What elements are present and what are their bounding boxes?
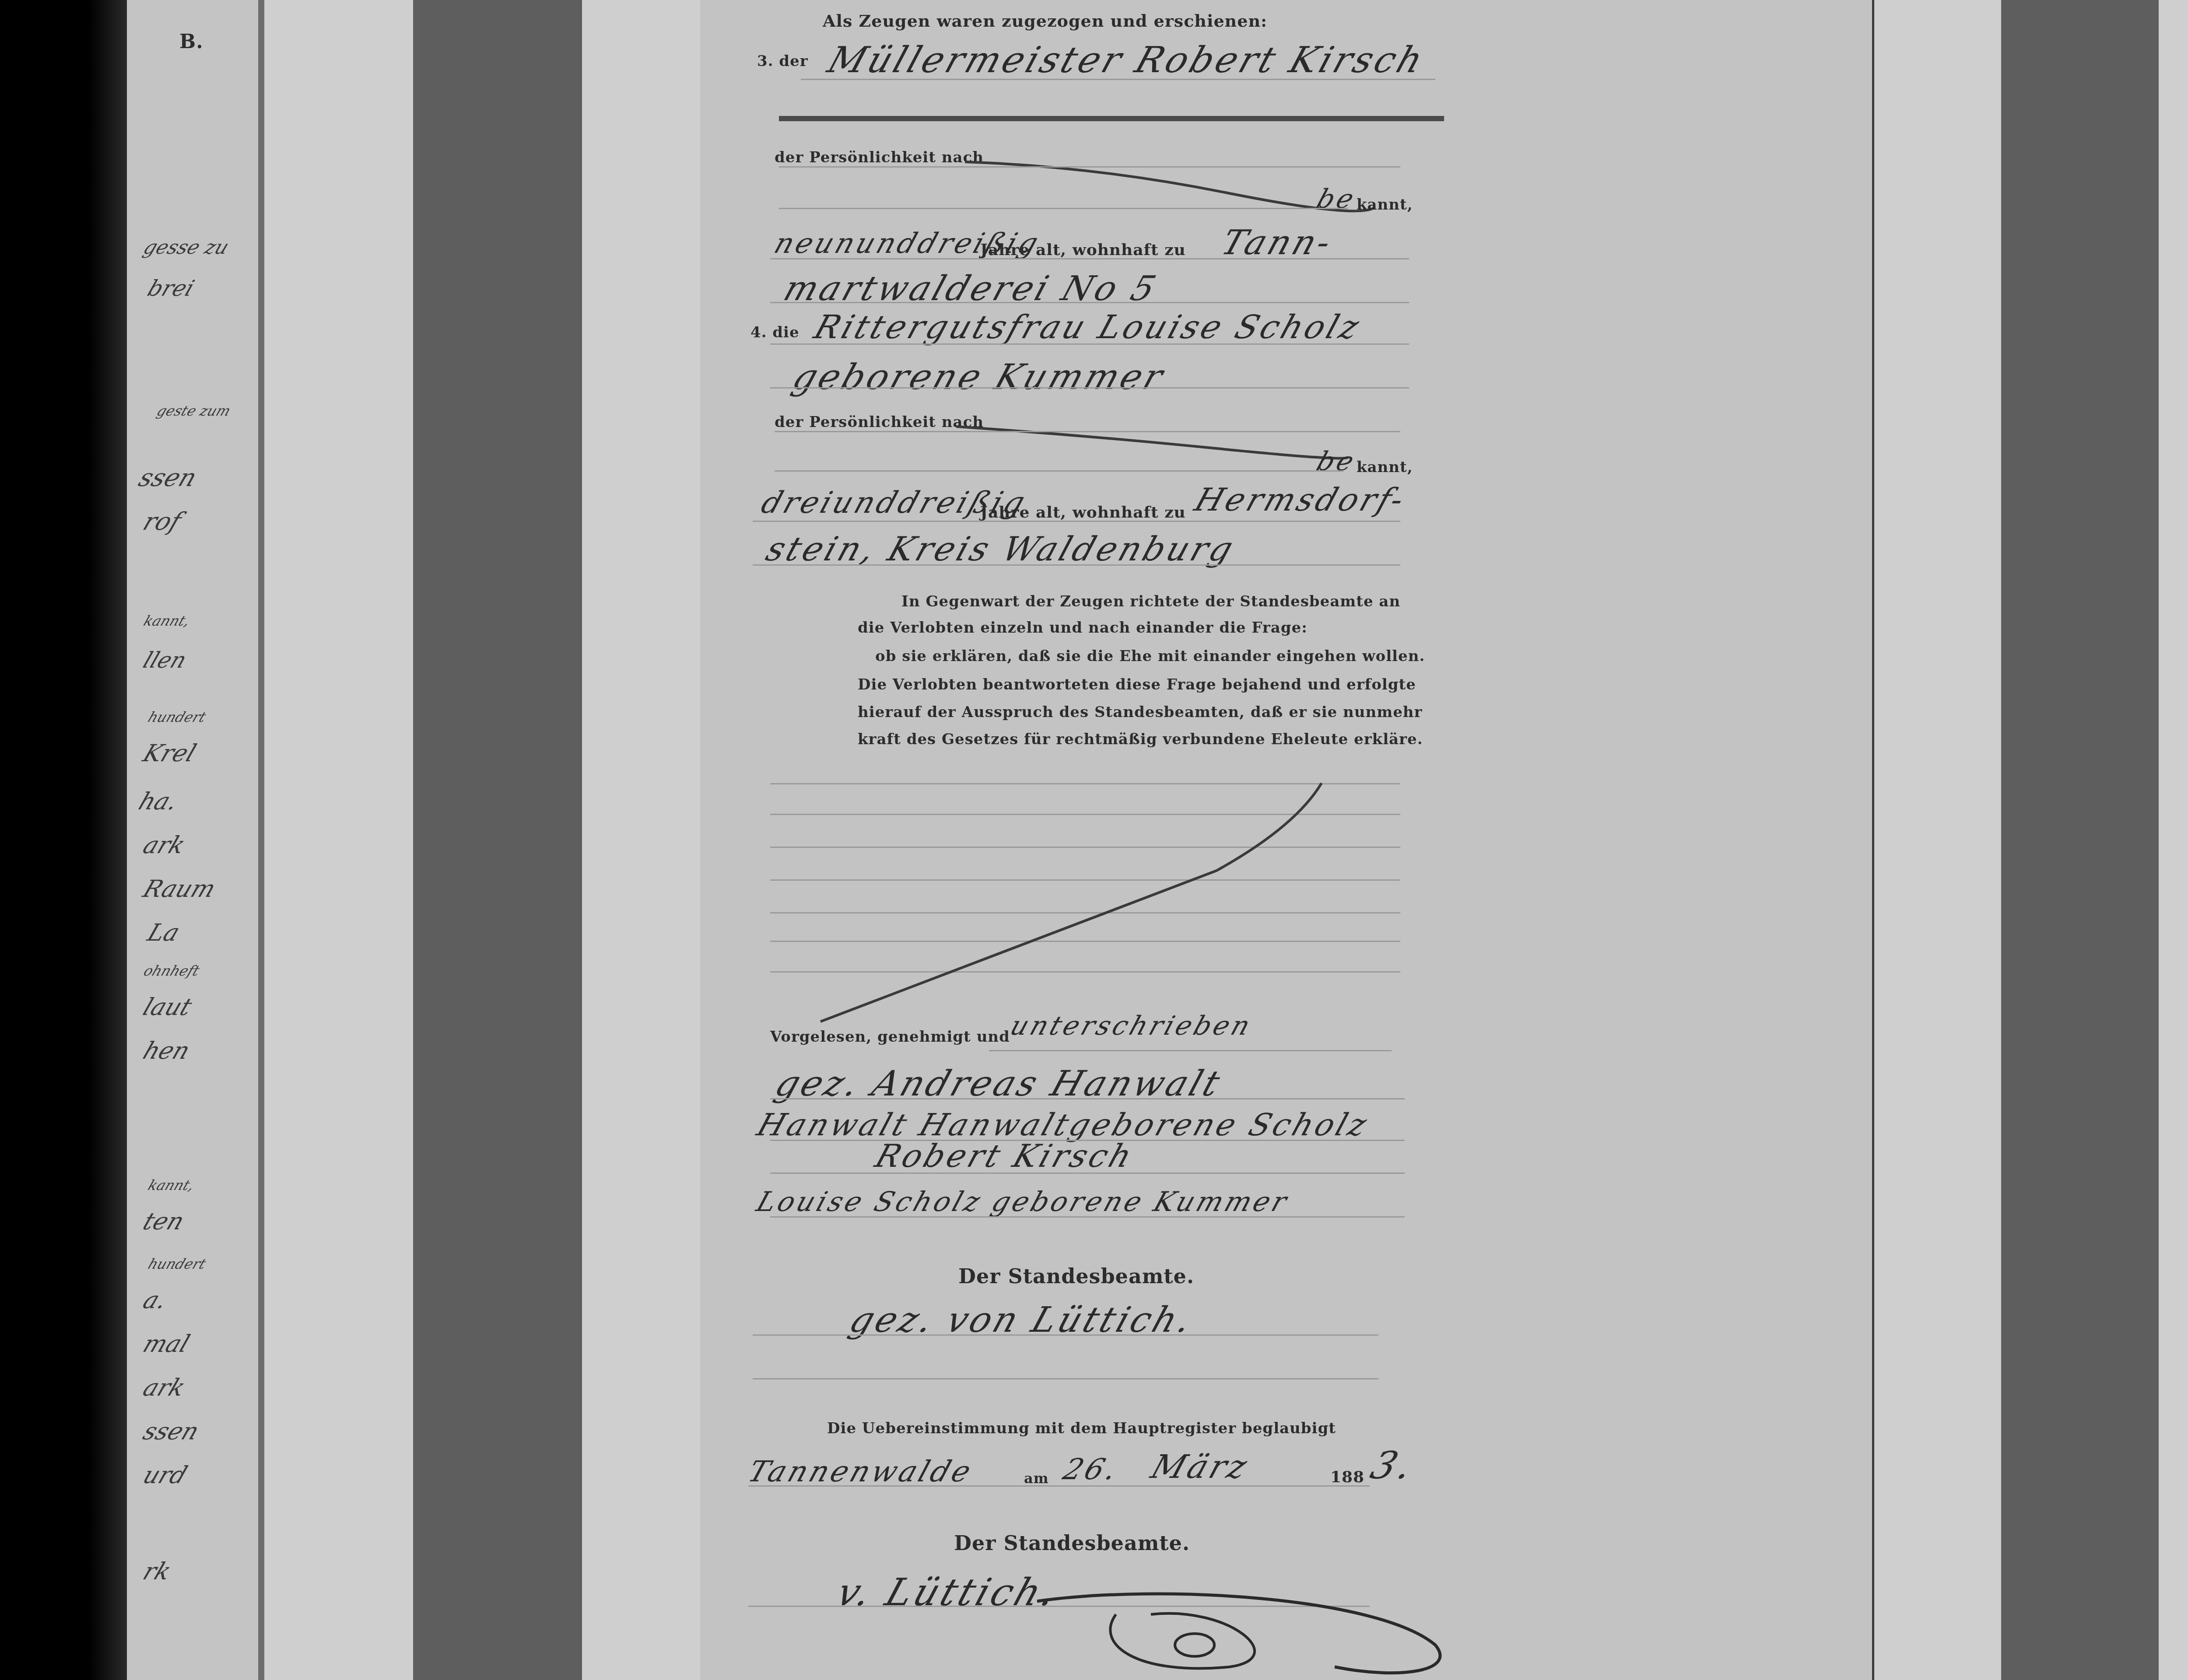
ruled-line xyxy=(753,521,1400,522)
ruled-line xyxy=(989,1050,1392,1051)
film-vignette-left xyxy=(0,0,127,1680)
ruled-line xyxy=(779,208,1348,209)
witness-4-residence-1: Hermsdorf- xyxy=(1190,481,1411,518)
paper-strip xyxy=(264,0,413,1680)
witness-4-residence-2: stein, Kreis Waldenburg xyxy=(761,529,1241,568)
witness-4-name-2: geborene Kummer xyxy=(788,357,1171,397)
left-page-edge xyxy=(258,0,264,1680)
witness-3-name: Müllermeister Robert Kirsch xyxy=(823,39,1431,81)
paper-strip xyxy=(1874,0,2001,1680)
section-divider xyxy=(779,116,1444,121)
certification-official-title: Der Standesbeamte. xyxy=(954,1531,1190,1555)
margin-fragment: geste zum xyxy=(154,402,233,419)
dark-band-right xyxy=(2001,0,2159,1680)
signature-line: Louise Scholz geborene Kummer xyxy=(753,1186,1294,1218)
ceremony-line: Die Verlobten beantworteten diese Frage … xyxy=(858,676,1416,693)
certification-label: Die Uebereinstimmung mit dem Hauptregist… xyxy=(827,1420,1336,1437)
read-approved-handwritten: unterschrieben xyxy=(1006,1011,1256,1041)
margin-fragment: brei xyxy=(144,276,198,301)
ceremony-line: In Gegenwart der Zeugen richtete der Sta… xyxy=(901,593,1400,610)
ruled-line xyxy=(753,564,1400,566)
witness-3-identity-label: der Persönlichkeit nach xyxy=(775,149,984,166)
ruled-line xyxy=(753,1378,1378,1379)
ruled-line xyxy=(748,1485,1370,1487)
ceremony-line: kraft des Gesetzes für rechtmäßig verbun… xyxy=(858,731,1423,748)
witness-4-identity-label: der Persönlichkeit nach xyxy=(775,413,984,431)
certification-month: März xyxy=(1147,1448,1254,1486)
ruled-line xyxy=(770,258,1409,259)
ruled-line xyxy=(770,387,1409,388)
ruled-line xyxy=(770,302,1409,303)
ruled-line xyxy=(770,1098,1405,1099)
certification-am-label: am xyxy=(1024,1470,1049,1487)
certification-day: 26. xyxy=(1059,1452,1124,1486)
ruled-line xyxy=(770,343,1409,345)
witness-3-identity-printed: kannt, xyxy=(1357,196,1413,213)
margin-fragment: kannt, xyxy=(141,612,193,629)
ruled-line xyxy=(779,166,1400,168)
margin-fragment: hundert xyxy=(146,1256,208,1272)
margin-fragment: hundert xyxy=(146,709,208,725)
margin-fragment: gesse zu xyxy=(140,236,232,259)
left-page-header-mark: B. xyxy=(179,31,203,53)
margin-fragment: Krel xyxy=(140,739,200,767)
margin-fragment: ssen xyxy=(140,1417,203,1445)
signature-line: Robert Kirsch xyxy=(871,1137,1139,1174)
witness-3-residence-1: Tann- xyxy=(1217,223,1339,262)
official-title: Der Standesbeamte. xyxy=(958,1264,1194,1288)
void-strikethrough xyxy=(779,770,1348,1032)
witness-4-age-printed: Jahre alt, wohnhaft zu xyxy=(980,503,1186,521)
witness-3-age-printed: Jahre alt, wohnhaft zu xyxy=(980,241,1186,259)
ceremony-line: hierauf der Ausspruch des Standesbeamten… xyxy=(858,703,1422,721)
read-approved-label: Vorgelesen, genehmigt und xyxy=(770,1028,1010,1046)
ceremony-line: ob sie erklären, daß sie die Ehe mit ein… xyxy=(875,647,1425,665)
margin-fragment: ohnheft xyxy=(141,962,202,979)
margin-fragment: Raum xyxy=(140,875,220,903)
dark-band-left xyxy=(413,0,582,1680)
paper-strip xyxy=(582,0,700,1680)
ruled-line xyxy=(770,1216,1405,1218)
paper-strip xyxy=(2159,0,2188,1680)
ruled-line xyxy=(775,470,1343,472)
ruled-line xyxy=(770,1172,1405,1174)
signature-flourish xyxy=(985,1579,1466,1680)
ruled-line xyxy=(801,79,1435,80)
certification-place: Tannenwalde xyxy=(744,1455,978,1488)
ruled-line xyxy=(775,431,1400,432)
margin-fragment: kannt, xyxy=(146,1177,197,1193)
ruled-line xyxy=(753,1334,1378,1336)
margin-fragment: ssen xyxy=(135,464,200,492)
witness-4-prefix: 4. die xyxy=(750,324,799,341)
witness-4-name-1: Rittergutsfrau Louise Scholz xyxy=(810,308,1366,346)
witness-4-identity-printed: kannt, xyxy=(1357,458,1413,476)
certification-year-printed: 188 xyxy=(1330,1468,1364,1486)
witnesses-intro: Als Zeugen waren zugezogen und erschiene… xyxy=(823,11,1267,31)
ceremony-line: die Verlobten einzeln und nach einander … xyxy=(858,619,1308,637)
witness-3-prefix: 3. der xyxy=(757,52,808,70)
